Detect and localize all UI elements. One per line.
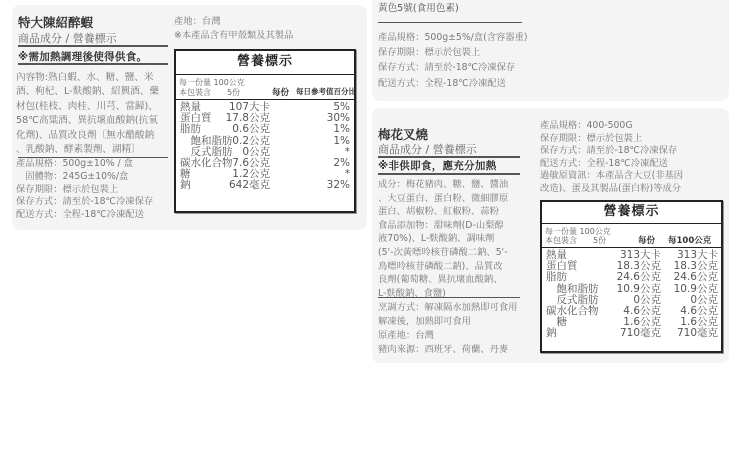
divider bbox=[18, 63, 168, 65]
ingredient-tail: 黃色5號(食用色素) bbox=[378, 2, 459, 15]
ingredient-line: (5'-次黃嘌呤核苷磷酸二鈉、5'- bbox=[378, 246, 508, 260]
ingredient-line: 鳥嘌呤核苷磷酸二鈉)、品質改 bbox=[378, 260, 508, 274]
nutrition-rows: 熱量313大卡313大卡 蛋白質18.3公克18.3公克 脂肪24.6公克24.… bbox=[542, 248, 721, 340]
divider bbox=[18, 45, 168, 47]
product-card-drunken-shrimp: 特大陳紹醉蝦 商品成分 / 營養標示 ※需加熱調理後使得供食。 內容物:熟白蝦、… bbox=[12, 5, 367, 230]
ingredient-line: 食品添加物：甜味劑(D-山梨醇 bbox=[378, 219, 508, 233]
nutrition-header: 營養標示 bbox=[176, 51, 354, 75]
product-subtitle: 商品成分 / 營養標示 bbox=[18, 30, 117, 46]
nutrition-header: 營養標示 bbox=[542, 202, 721, 224]
product-specs: 產品規格：500g±5%/盒(含容器重) 保存期限：標示於包裝上 保存方式：請至… bbox=[378, 30, 528, 91]
nutrition-row: 鈉710毫克710毫克 bbox=[542, 328, 721, 339]
product-title: 特大陳紹醉蝦 bbox=[18, 13, 93, 31]
ingredient-line: 58℃高粱酒、異抗壞血酸鈉(抗氧 bbox=[16, 114, 159, 128]
spec-line: 保存期限：標示於包裝上 bbox=[540, 133, 683, 146]
spec-line: 配送方式：全程-18℃冷凍配送 bbox=[16, 209, 153, 222]
column-daily-value: 每日參考值百分比 bbox=[296, 86, 356, 97]
ingredient-line: 化劑)、品質改良劑〔無水醋酸鈉 bbox=[16, 129, 159, 143]
allergen-text: ※本產品含有甲殼類及其製品 bbox=[174, 29, 293, 43]
nutrition-facts-table: 營養標示 每一份量 100公克 本包裝含 5份 每份 每100公克 熱量313大… bbox=[540, 200, 723, 353]
spec-line: 改造)、蛋及其製品(蛋白粉)等成分 bbox=[540, 183, 683, 196]
column-per-serving: 每份 bbox=[272, 86, 289, 98]
origin-text: 產地：台灣 bbox=[174, 15, 293, 29]
spec-line: 保存期限：標示於包裝上 bbox=[378, 45, 528, 60]
cooking-origin-info: 烹調方式：解凍隔水加熱即可食用 解凍後，加熱即可食用 原產地：台灣 豬肉來源：西… bbox=[378, 301, 517, 357]
ingredient-line: 良劑(葡萄糖、異抗壞血酸鈉、 bbox=[378, 273, 508, 287]
ingredient-line: 材包(桂枝、肉桂、川芎、當歸)、 bbox=[16, 100, 159, 114]
ingredient-line: 酒、枸杞、L-麩酸鈉、紹興酒、藥 bbox=[16, 85, 159, 99]
spec-line: 保存方式：請至於-18℃冷凍保存 bbox=[378, 60, 528, 75]
spec-line: 過敏原資訊：本產品含大豆(非基因 bbox=[540, 170, 683, 183]
spec-line: 固體物：245G±10%/盒 bbox=[16, 171, 153, 184]
nutrition-row: 脂肪24.6公克24.6公克 bbox=[542, 272, 721, 283]
ingredient-line: 、大豆蛋白、蛋白粉、微細膠原 bbox=[378, 192, 508, 206]
spec-line: 配送方式：全程-18℃冷凍配送 bbox=[540, 158, 683, 171]
spec-line: 保存方式：請至於-18℃冷凍保存 bbox=[16, 196, 153, 209]
ingredient-line: 內容物:熟白蝦、水、糖、鹽、米 bbox=[16, 71, 159, 85]
servings-per-package: 本包裝含 5份 bbox=[179, 87, 240, 98]
divider bbox=[378, 173, 520, 175]
serving-info: 每一份量 100公克 本包裝含 5份 每份 每100公克 bbox=[542, 224, 721, 248]
spec-line: 保存方式：請至於-18℃冷凍保存 bbox=[540, 145, 683, 158]
product-subtitle: 商品成分 / 營養標示 bbox=[378, 141, 477, 157]
spec-line: 配送方式：全程-18℃冷凍配送 bbox=[378, 76, 528, 91]
nutrition-row: 脂肪0.6公克1% bbox=[176, 124, 354, 135]
origin-line: 原產地：台灣 bbox=[378, 329, 517, 343]
servings-per-package: 本包裝含 5份 bbox=[545, 235, 606, 246]
spec-line: 產品規格：500g±5%/盒(含容器重) bbox=[378, 30, 528, 45]
column-per-serving: 每份 bbox=[638, 234, 655, 246]
pork-source-line: 豬肉來源：西班牙、荷蘭、丹麥 bbox=[378, 343, 517, 357]
divider bbox=[378, 297, 520, 298]
ingredient-line: 、乳酸鈉、酵素製劑、湖精〕 bbox=[16, 143, 159, 157]
divider bbox=[378, 22, 522, 23]
ingredients-list: 成分：梅花豬肉、糖、鹽、醬油 、大豆蛋白、蛋白粉、微細膠原 蛋白、胡椒粉、紅椒粉… bbox=[378, 178, 508, 300]
cooking-line: 解凍後，加熱即可食用 bbox=[378, 315, 517, 329]
origin-allergen: 產地：台灣 ※本產品含有甲殼類及其製品 bbox=[174, 15, 293, 43]
ingredient-line: 成分：梅花豬肉、糖、鹽、醬油 bbox=[378, 178, 508, 192]
ingredient-line: 液70%)、L-麩酸鈉、調味劑 bbox=[378, 232, 508, 246]
product-card-char-siu: 梅花叉燒 商品成分 / 營養標示 ※非供即食，應充分加熱 成分：梅花豬肉、糖、鹽… bbox=[372, 108, 729, 363]
nutrition-rows: 熱量107大卡5% 蛋白質17.8公克30% 脂肪0.6公克1% 飽和脂肪0.2… bbox=[176, 100, 354, 192]
nutrition-row: 鈉642毫克32% bbox=[176, 180, 354, 191]
product-specs: 產品規格：500g±10% / 盒 固體物：245G±10%/盒 保存期限：標示… bbox=[16, 158, 153, 222]
cooking-line: 烹調方式：解凍隔水加熱即可食用 bbox=[378, 301, 517, 315]
ingredient-line: L-麩酸鈉、食鹽) bbox=[378, 287, 508, 301]
nutrition-facts-table: 營養標示 每一份量 100公克 本包裝含 5份 每份 每日參考值百分比 熱量10… bbox=[174, 49, 356, 213]
heating-notice: ※非供即食，應充分加熱 bbox=[378, 158, 497, 173]
spec-line: 保存期限：標示於包裝上 bbox=[16, 184, 153, 197]
ingredient-line: 蛋白、胡椒粉、紅椒粉、蒜粉 bbox=[378, 205, 508, 219]
product-specs: 產品規格：400-500G 保存期限：標示於包裝上 保存方式：請至於-18℃冷凍… bbox=[540, 120, 683, 196]
heating-notice: ※需加熱調理後使得供食。 bbox=[18, 49, 147, 64]
product-card-partial: 黃色5號(食用色素) 產品規格：500g±5%/盒(含容器重) 保存期限：標示於… bbox=[372, 0, 729, 101]
ingredients-list: 內容物:熟白蝦、水、糖、鹽、米 酒、枸杞、L-麩酸鈉、紹興酒、藥 材包(桂枝、肉… bbox=[16, 71, 159, 157]
column-per-100g: 每100公克 bbox=[668, 234, 711, 246]
spec-line: 產品規格：400-500G bbox=[540, 120, 683, 133]
spec-line: 產品規格：500g±10% / 盒 bbox=[16, 158, 153, 171]
serving-info: 每一份量 100公克 本包裝含 5份 每份 每日參考值百分比 bbox=[176, 75, 354, 100]
